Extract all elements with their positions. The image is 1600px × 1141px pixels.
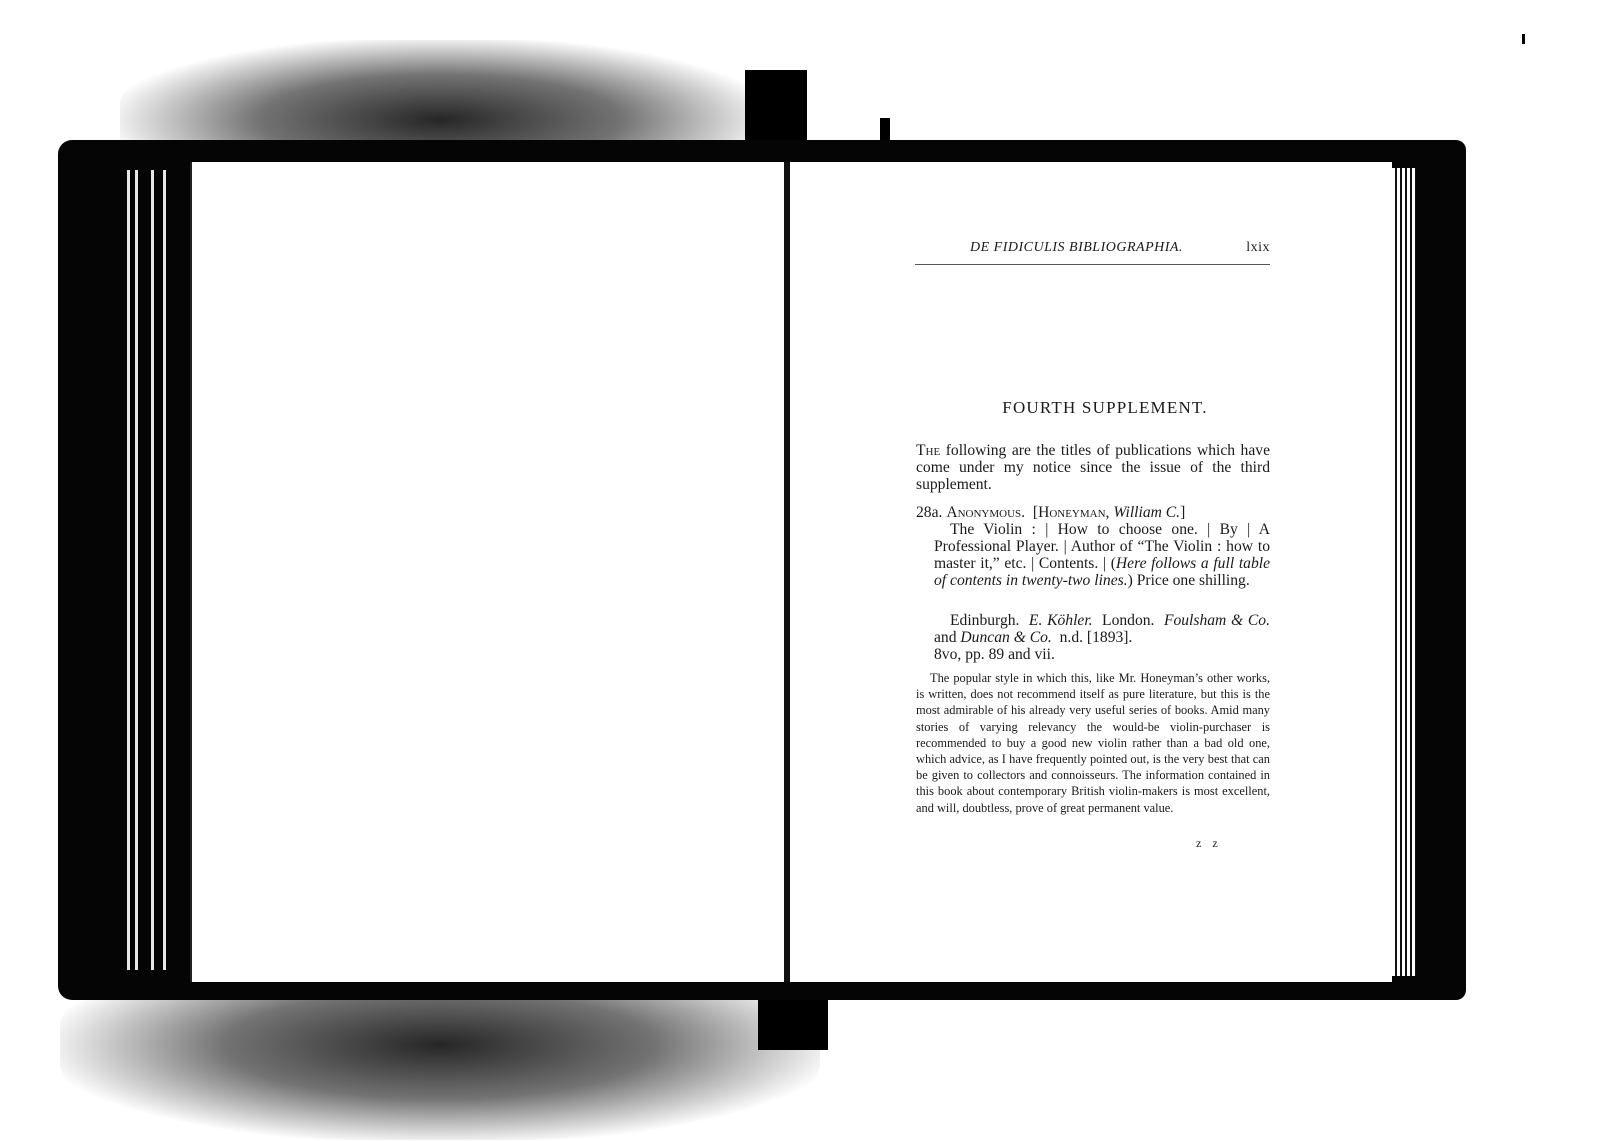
section-title: FOURTH SUPPLEMENT. (915, 398, 1295, 418)
entry-title-after: ) Price one shilling. (1128, 572, 1250, 589)
entry-number: 28a. (916, 504, 942, 521)
header-rule (915, 264, 1270, 265)
signature-mark: z z (1196, 836, 1222, 851)
imprint-and: and (934, 629, 957, 646)
bibliography-entry: 28a. Anonymous. [Honeyman, William C.] T… (916, 504, 1270, 589)
imprint-publisher-2: Foulsham & Co. (1164, 612, 1270, 629)
entry-author: Anonymous. (946, 504, 1025, 521)
entry-title: The Violin : | How to choose one. | By |… (916, 521, 1270, 589)
imprint-publisher-1: E. Köhler. (1029, 612, 1093, 629)
left-page-blank (190, 162, 788, 982)
scan-mark-corner (1522, 34, 1525, 44)
imprint-format: 8vo, pp. 89 and vii. (934, 646, 1270, 663)
imprint-date: n.d. [1893]. (1060, 629, 1133, 646)
intro-paragraph: The following are the titles of publicat… (916, 442, 1270, 493)
book-spine-edge (105, 170, 175, 970)
attribution-surname: Honeyman, (1038, 504, 1109, 521)
attribution-bracket-close: ] (1180, 504, 1185, 521)
intro-lead: The (916, 442, 940, 459)
intro-text: following are the titles of publications… (916, 442, 1270, 493)
imprint-publisher-3: Duncan & Co. (960, 629, 1051, 646)
attribution-forename: William C. (1113, 504, 1180, 521)
entry-heading: 28a. Anonymous. [Honeyman, William C.] (916, 504, 1270, 521)
imprint-line: Edinburgh. E. Köhler. London. Foulsham &… (934, 612, 1270, 646)
review-note: The popular style in which this, like Mr… (916, 670, 1270, 816)
entry-imprint: Edinburgh. E. Köhler. London. Foulsham &… (916, 612, 1270, 663)
running-header: DE FIDICULIS BIBLIOGRAPHIA. lxix (915, 240, 1270, 256)
page-edges-right (1392, 168, 1416, 976)
imprint-place-1: Edinburgh. (950, 612, 1019, 629)
page-number: lxix (1246, 240, 1270, 256)
running-head-title: DE FIDICULIS BIBLIOGRAPHIA. (970, 240, 1183, 256)
imprint-place-2: London. (1102, 612, 1154, 629)
